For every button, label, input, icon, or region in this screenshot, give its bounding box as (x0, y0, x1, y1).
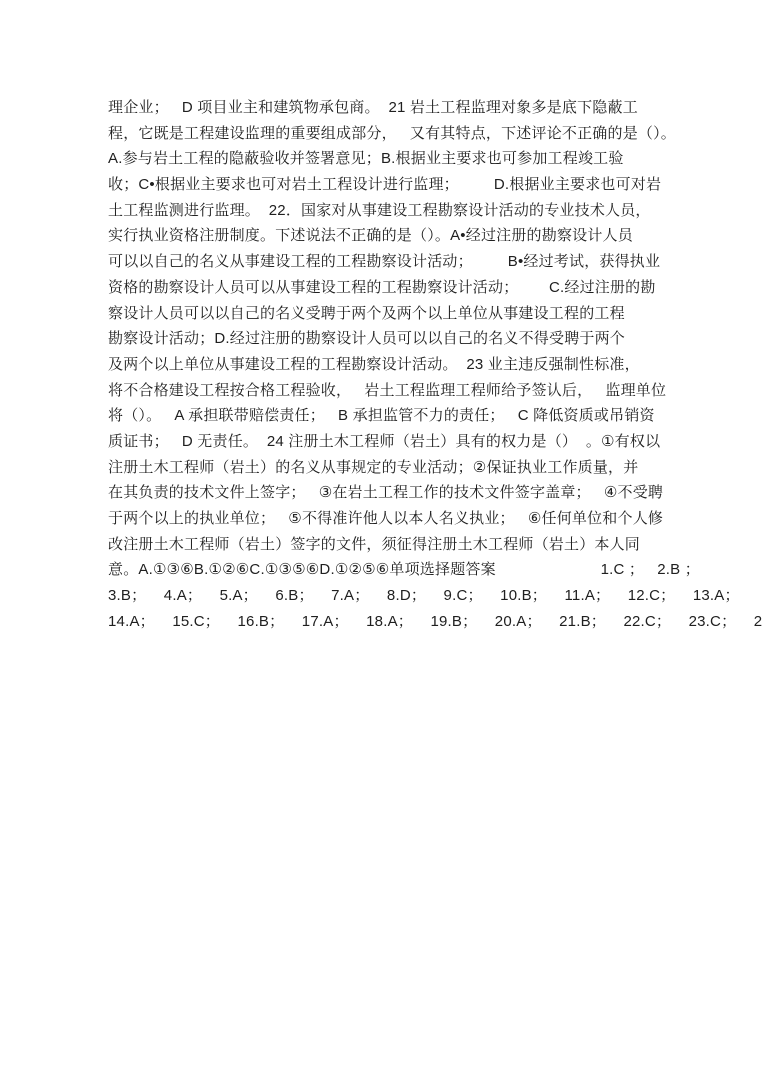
doc-line: 14.A； 15.C； 16.B； 17.A； 18.A； 19.B； 20.A… (108, 609, 674, 635)
doc-line: 程，它既是工程建设监理的重要组成部分， 又有其特点，下述评论不正确的是（）。 (108, 121, 674, 147)
doc-line: 可以以自己的名义从事建设工程的工程勘察设计活动； B•经过考试，获得执业 (108, 249, 674, 275)
doc-line: 勘察设计活动；D.经过注册的勘察设计人员可以以自己的名义不得受聘于两个 (108, 326, 674, 352)
document-page: 理企业； D 项目业主和建筑物承包商。 21 岩土工程监理对象多是底下隐蔽工 程… (0, 0, 762, 1080)
doc-line: 实行执业资格注册制度。下述说法不正确的是（）。A•经过注册的勘察设计人员 (108, 223, 674, 249)
doc-line: 质证书； D 无责任。 24 注册土木工程师（岩土）具有的权力是（） 。①有权以 (108, 429, 674, 455)
doc-line: 察设计人员可以以自己的名义受聘于两个及两个以上单位从事建设工程的工程 (108, 301, 674, 327)
doc-line: 注册土木工程师（岩土）的名义从事规定的专业活动；②保证执业工作质量，并 (108, 455, 674, 481)
doc-line: A.参与岩土工程的隐蔽验收并签署意见；B.根据业主要求也可参加工程竣工验 (108, 146, 674, 172)
doc-line: 意。A.①③⑥B.①②⑥C.①③⑤⑥D.①②⑤⑥单项选择题答案 1.C ； 2.… (108, 557, 674, 583)
doc-line: 土工程监测进行监理。 22．国家对从事建设工程勘察设计活动的专业技术人员， (108, 198, 674, 224)
doc-line: 资格的勘察设计人员可以从事建设工程的工程勘察设计活动； C.经过注册的勘 (108, 275, 674, 301)
doc-line: 3.B； 4.A； 5.A； 6.B； 7.A； 8.D； 9.C； 10.B；… (108, 583, 674, 609)
doc-line: 理企业； D 项目业主和建筑物承包商。 21 岩土工程监理对象多是底下隐蔽工 (108, 95, 674, 121)
doc-line: 将不合格建设工程按合格工程验收， 岩土工程监理工程师给予签认后， 监理单位 (108, 378, 674, 404)
doc-line: 及两个以上单位从事建设工程的工程勘察设计活动。 23 业主违反强制性标准， (108, 352, 674, 378)
text-block: 理企业； D 项目业主和建筑物承包商。 21 岩土工程监理对象多是底下隐蔽工 程… (108, 95, 674, 634)
doc-line: 改注册土木工程师（岩土）签字的文件，须征得注册土木工程师（岩土）本人同 (108, 532, 674, 558)
doc-line: 在其负责的技术文件上签字； ③在岩土工程工作的技术文件签字盖章； ④不受聘 (108, 480, 674, 506)
doc-line: 将（）。 A 承担联带赔偿责任； B 承担监管不力的责任； C 降低资质或吊销资 (108, 403, 674, 429)
doc-line: 于两个以上的执业单位； ⑤不得准许他人以本人名义执业； ⑥任何单位和个人修 (108, 506, 674, 532)
doc-line: 收；C•根据业主要求也可对岩土工程设计进行监理； D.根据业主要求也可对岩 (108, 172, 674, 198)
